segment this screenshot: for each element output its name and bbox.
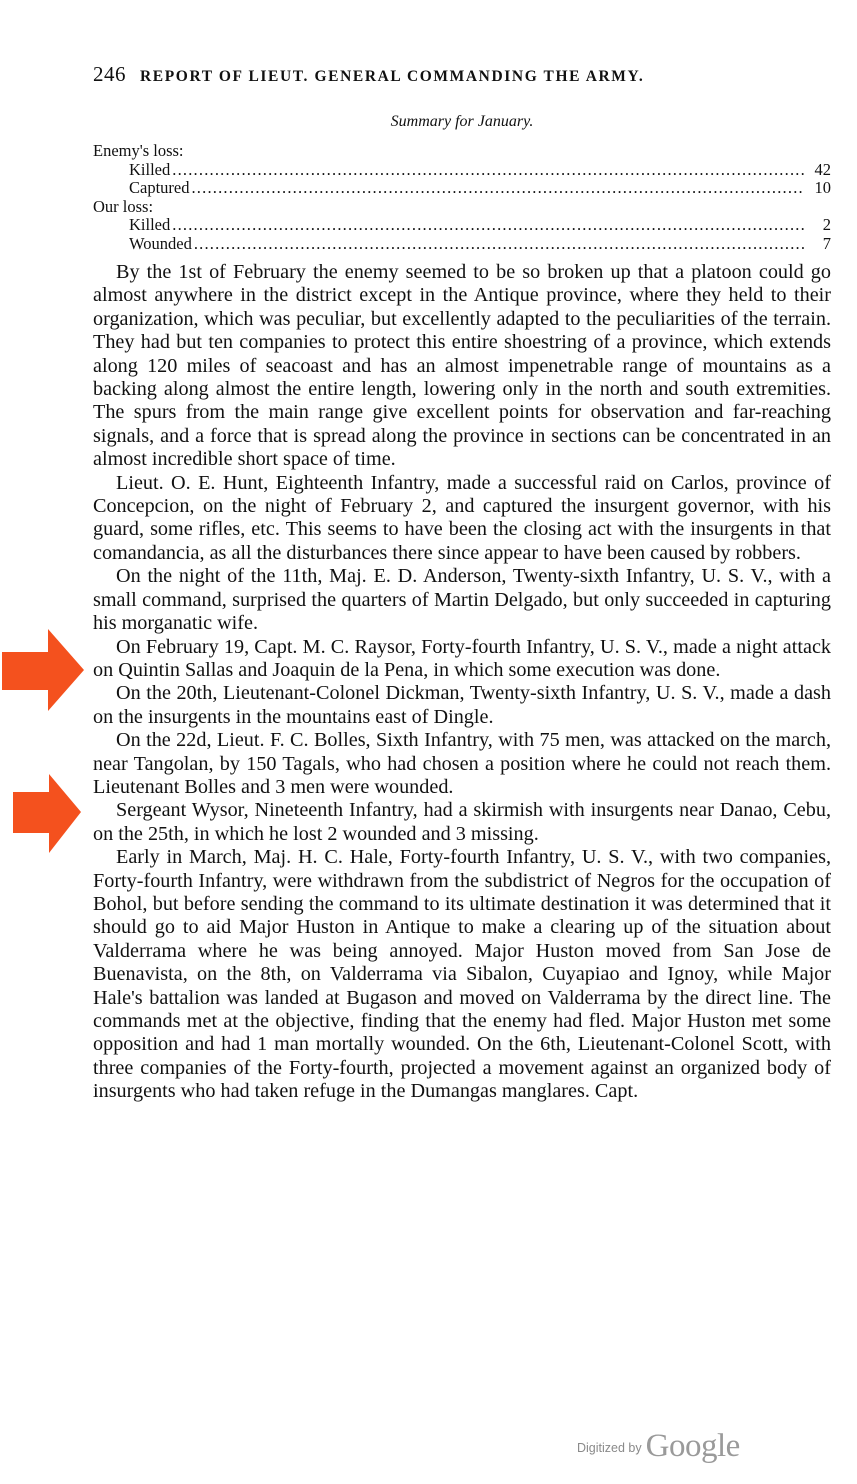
summary-row-value: 10 (811, 179, 831, 198)
summary-row-label: Killed (129, 161, 170, 180)
watermark-prefix: Digitized by (577, 1441, 642, 1455)
summary-row-value: 2 (811, 216, 831, 235)
summary-row-value: 42 (811, 161, 831, 180)
summary-group-enemy-loss: Enemy's loss: Killed ...................… (93, 142, 831, 198)
summary-row: Captured ...............................… (93, 179, 831, 198)
summary-row-label: Captured (129, 179, 189, 198)
leader-dots: ........................................… (172, 216, 805, 235)
summary-row: Wounded ................................… (93, 235, 831, 254)
summary-row-value: 7 (811, 235, 831, 254)
google-logo: Google (646, 1428, 740, 1464)
paragraph-1: By the 1st of February the enemy seemed … (93, 261, 831, 472)
right-arrow-icon (0, 627, 88, 715)
body-text: By the 1st of February the enemy seemed … (93, 261, 831, 1104)
paragraph-8: Early in March, Maj. H. C. Hale, Forty-f… (93, 846, 831, 1103)
leader-dots: ........................................… (194, 235, 805, 254)
summary-table: Enemy's loss: Killed ...................… (93, 142, 831, 253)
summary-title: Summary for January. (93, 113, 831, 131)
summary-row: Killed .................................… (93, 216, 831, 235)
paragraph-4: On February 19, Capt. M. C. Raysor, Fort… (93, 636, 831, 683)
leader-dots: ........................................… (191, 179, 805, 198)
leader-dots: ........................................… (172, 161, 805, 180)
running-title: REPORT OF LIEUT. GENERAL COMMANDING THE … (140, 68, 644, 85)
page-number: 246 (93, 62, 126, 86)
summary-group-label: Enemy's loss: (93, 142, 831, 161)
digitized-by-google-watermark: Digitized by Google (577, 1428, 740, 1465)
summary-group-label: Our loss: (93, 198, 831, 217)
paragraph-7: Sergeant Wysor, Nineteenth Infantry, had… (93, 799, 831, 846)
running-header: 246REPORT OF LIEUT. GENERAL COMMANDING T… (93, 62, 831, 87)
paragraph-2: Lieut. O. E. Hunt, Eighteenth Infantry, … (93, 472, 831, 566)
summary-row: Killed .................................… (93, 161, 831, 180)
right-arrow-icon (10, 772, 86, 856)
paragraph-6: On the 22d, Lieut. F. C. Bolles, Sixth I… (93, 729, 831, 799)
paragraph-3: On the night of the 11th, Maj. E. D. And… (93, 565, 831, 635)
summary-group-our-loss: Our loss: Killed .......................… (93, 198, 831, 254)
summary-row-label: Killed (129, 216, 170, 235)
summary-row-label: Wounded (129, 235, 192, 254)
paragraph-5: On the 20th, Lieutenant-Colonel Dickman,… (93, 682, 831, 729)
